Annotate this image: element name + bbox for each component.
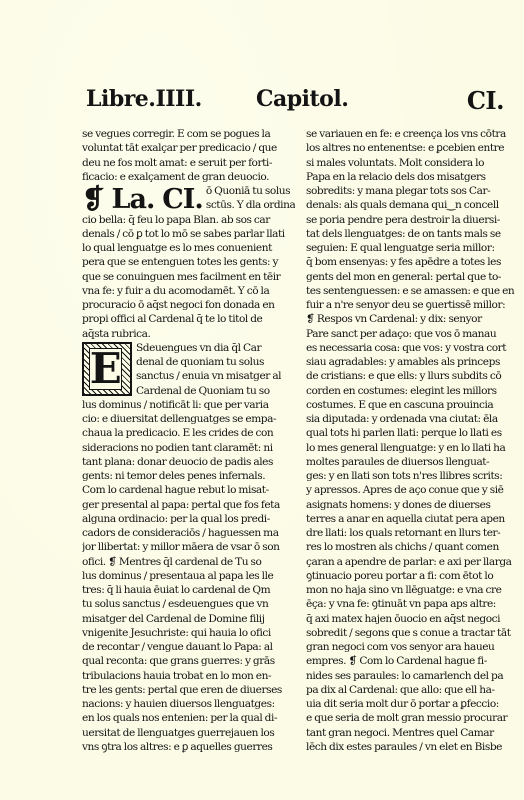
text-line: qual reconta: que grans guerres: y grās <box>82 654 292 668</box>
text-line: propi offici al Cardenal q̄ te lo titol … <box>82 312 292 326</box>
text-line: siau agradables: y amables als princeps <box>306 355 518 369</box>
text-line: moltes paraules de diuersos llenguat- <box>306 455 518 469</box>
text-line: se variauen en fe: e creença los vns cōt… <box>306 127 518 141</box>
text-line: tre les gents: pertal que eren de diuers… <box>82 683 292 697</box>
text-line: sia diputada: y ordenada vna ciutat: ēla <box>306 412 518 426</box>
text-line: Cardenal de Quoniam tu so <box>136 384 281 398</box>
chapter-rubric: ❡ La. CI. ō Quoniā tu solus sctūs. Y dla… <box>82 184 292 213</box>
folio-number: CI. <box>467 86 504 115</box>
text-line: Com lo cardenal hague rebut lo misat- <box>82 483 292 497</box>
text-line: se poria pendre pera destroir la diuersi… <box>306 213 518 227</box>
text-line: de cristians: e que ells: y llurs subdit… <box>306 369 518 383</box>
right-column: se variauen en fe: e creença los vns cōt… <box>306 127 518 754</box>
book-page: Libre.IIII. Capitol. CI. se vegues corre… <box>0 0 524 800</box>
text-line: alguna ordinacio: per la qual los predi- <box>82 512 292 526</box>
rubric-side-text: ō Quoniā tu solus sctūs. Y dla ordina <box>206 184 296 213</box>
text-line: si males voluntats. Molt considera lo <box>306 156 518 170</box>
text-line: deu ne fos molt amat: e seruit per forti… <box>82 156 292 170</box>
decorated-initial-block: E Sdeuengues vn dia q̄l Car denal de quo… <box>82 341 292 398</box>
text-line: tu solus sanctus / esdeuengues que vn <box>82 597 292 611</box>
text-line: tribulacions hauia trobat en lo mon en- <box>82 669 292 683</box>
text-line: cio bella: q̄ feu lo papa Blan. ab sos c… <box>82 213 292 227</box>
text-line: lēch dix estes paraules / vn elet en Bis… <box>306 740 518 754</box>
text-line: e que seria de molt gran messio procurar <box>306 711 518 725</box>
text-line: terres a anar en aquella ciutat pera ape… <box>306 512 518 526</box>
text-line: es necessaria cosa: que vos: y vostra co… <box>306 341 518 355</box>
text-line: fuir a n're senyor deu se ꝯuertissē mill… <box>306 298 518 312</box>
text-line: vna fe: y fuir a du acomodamēt. Y cō la <box>82 284 292 298</box>
text-line: res lo mostren als chichs / quant comen <box>306 540 518 554</box>
text-line: denals / cō ꝑ tot lo mō se sabes parlar … <box>82 227 292 241</box>
text-line: tat dels llenguatges: de on tants mals s… <box>306 227 518 241</box>
text-line: chaua la predicacio. E les crides de con <box>82 426 292 440</box>
text-line: ❡ Respos vn Cardenal: y dix: senyor <box>306 312 518 326</box>
text-line: tres: q̄ li hauia ēuiat lo cardenal de Q… <box>82 583 292 597</box>
text-line: ō Quoniā tu solus <box>206 184 296 198</box>
text-line: Pare sanct per adaço: que vos ō manau <box>306 327 518 341</box>
text-line: gents: ni temor deles penes infernals. <box>82 469 292 483</box>
text-line: cio: e diuersitat dellenguatges se empa- <box>82 412 292 426</box>
book-number: Libre.IIII. <box>86 86 202 112</box>
text-line: sobredit / segons que s conue a tractar … <box>306 626 518 640</box>
text-line: empres. ❡ Com lo Cardenal hague fi- <box>306 654 518 668</box>
text-line: Sdeuengues vn dia q̄l Car <box>136 341 281 355</box>
text-line: ficacio: e exalçament de gran deuocio. <box>82 170 292 184</box>
text-line: gran negoci com vos senyor ara haueu <box>306 640 518 654</box>
text-line: çaran a apendre de parlar: e axi per lla… <box>306 555 518 569</box>
text-line: aq̄sta rubrica. <box>82 327 292 341</box>
text-line: uersitat de llenguatges guerrejauen los <box>82 726 292 740</box>
text-line: Papa en la relacio dels dos misatgers <box>306 170 518 184</box>
text-line: uia dit seria molt dur ō portar a ꝑfecci… <box>306 697 518 711</box>
text-line: tant plana: donar deuocio de padis ales <box>82 455 292 469</box>
text-line: se vegues corregir. E com se pogues la <box>82 127 292 141</box>
text-line: vns ꝯtra los altres: e ꝑ aquelles guerre… <box>82 740 292 754</box>
text-line: ꝯtinuacio poreu portar a fi: com ētot lo <box>306 569 518 583</box>
running-head: Libre.IIII. Capitol. CI. <box>86 86 504 116</box>
text-line: pera que se entenguen totes les gents: y <box>82 255 292 269</box>
text-line: tes sentenguessen: e se amassen: e que e… <box>306 284 518 298</box>
text-line: dre llati: los quals retornant en llurs … <box>306 526 518 540</box>
text-line: los altres no entenentse: e ꝑcebien entr… <box>306 141 518 155</box>
text-line: procuracio ō aq̄st negoci fon donada en <box>82 298 292 312</box>
text-line: sctūs. Y dla ordina <box>206 198 296 212</box>
text-line: pa dix al Cardenal: que allo: que ell ha… <box>306 683 518 697</box>
text-line: qual tots hi parlen llati: perque lo lla… <box>306 426 518 440</box>
text-line: sanctus / enuia vn misatger al <box>136 369 281 383</box>
text-line: ēça: y vna fe: ꝯtinuāt vn papa aps altre… <box>306 597 518 611</box>
text-line: costumes. E que en cascuna prouincia <box>306 398 518 412</box>
text-line: corden en costumes: elegint les millors <box>306 384 518 398</box>
text-line: jor llibertat: y millor māera de vsar ō … <box>82 540 292 554</box>
text-line: seguien: E qual lenguatge seria millor: <box>306 241 518 255</box>
text-line: en los quals nos entenien: per la qual d… <box>82 711 292 725</box>
text-line: lus dominus / notificāt li: que per vari… <box>82 398 292 412</box>
text-line: tant gran negoci. Mentres quel Camar <box>306 726 518 740</box>
text-line: lus dominus / presentaua al papa les lle <box>82 569 292 583</box>
decorated-initial-icon: E <box>82 342 132 396</box>
text-line: ges: y en llati son tots n'res llibres s… <box>306 469 518 483</box>
text-line: y apressos. Apres de aço conue que y siē <box>306 483 518 497</box>
text-line: lo qual lenguatge es lo mes conuenient <box>82 241 292 255</box>
text-line: lo mes general llenguatge: y en lo llati… <box>306 441 518 455</box>
text-line: q̄ bom ensenyas: y fes apēdre a totes le… <box>306 255 518 269</box>
text-line: de recontar / vengue dauant lo Papa: al <box>82 640 292 654</box>
left-column: se vegues corregir. E com se pogues la v… <box>82 127 292 754</box>
text-line: nacions: y hauien diuersos llenguatges: <box>82 697 292 711</box>
text-line: que se conuinguen mes facilment en tēir <box>82 270 292 284</box>
text-line: cadors de consideraciōs / haguessen ma <box>82 526 292 540</box>
text-line: ofici. ❡ Mentres q̄l cardenal de Tu so <box>82 555 292 569</box>
chapter-label: Capitol. <box>256 86 348 112</box>
text-line: mon no haja sino vn llēguatge: e vna cre <box>306 583 518 597</box>
text-line: misatger del Cardenal de Domine filij <box>82 612 292 626</box>
text-line: q̄ axi matex hajen ōuocio en aq̄st negoc… <box>306 612 518 626</box>
initial-side-text: Sdeuengues vn dia q̄l Car denal de quoni… <box>136 341 281 398</box>
text-line: vnigenite Jesuchriste: qui hauia lo ofic… <box>82 626 292 640</box>
text-line: sideracions no podien tant claramēt: ni <box>82 441 292 455</box>
text-line: nides ses paraules: lo camarlench del pa <box>306 669 518 683</box>
text-line: ger presental al papa: pertal que fos fe… <box>82 498 292 512</box>
initial-letter: E <box>89 348 122 390</box>
text-line: voluntat tāt exalçar per predicacio / qu… <box>82 141 292 155</box>
text-line: sobredits: y mana plegar tots sos Car- <box>306 184 518 198</box>
text-line: asignats homens: y dones de diuerses <box>306 498 518 512</box>
chapter-heading: ❡ La. CI. <box>82 187 203 213</box>
text-line: denal de quoniam tu solus <box>136 355 281 369</box>
text-line: denals: als quals demana qui‿n concell <box>306 198 518 212</box>
text-line: gents del mon en general: pertal que to- <box>306 270 518 284</box>
